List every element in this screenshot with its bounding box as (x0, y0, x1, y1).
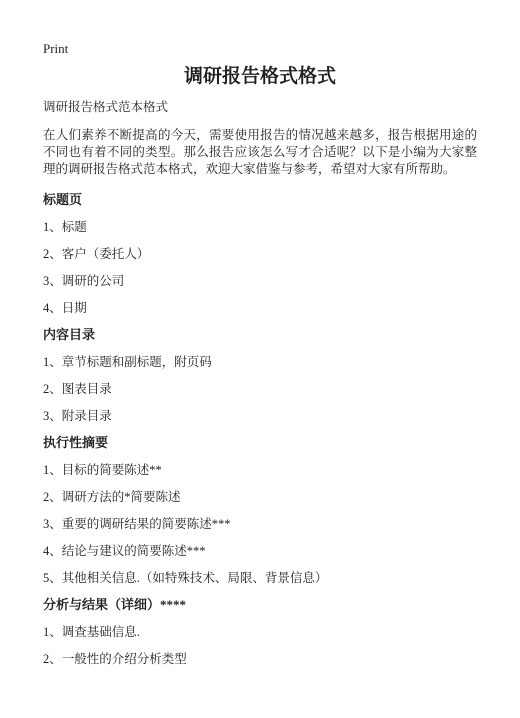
list-item: 3、调研的公司 (43, 274, 477, 288)
list-item: 2、图表目录 (43, 382, 477, 396)
list-item: 1、标题 (43, 220, 477, 234)
list-item: 2、调研方法的*简要陈述 (43, 490, 477, 504)
section-heading-executive-summary: 执行性摘要 (43, 436, 477, 450)
list-item: 1、调查基础信息. (43, 625, 477, 639)
print-button[interactable]: Print (43, 42, 68, 56)
section-table-of-contents: 内容目录 1、章节标题和副标题，附页码 2、图表目录 3、附录目录 (43, 328, 477, 423)
list-item: 5、其他相关信息.（如特殊技术、局限、背景信息） (43, 571, 477, 585)
list-item: 1、目标的简要陈述** (43, 463, 477, 477)
section-heading-analysis-results: 分析与结果（详细）**** (43, 598, 477, 612)
list-item: 2、客户（委托人） (43, 247, 477, 261)
list-item: 4、日期 (43, 301, 477, 315)
list-item: 3、重要的调研结果的简要陈述*** (43, 517, 477, 531)
list-item: 3、附录目录 (43, 409, 477, 423)
section-heading-title-page: 标题页 (43, 193, 477, 207)
intro-paragraph: 在人们素养不断提高的今天，需要使用报告的情况越来越多，报告根据用途的不同也有着不… (43, 127, 477, 178)
document-page: Print 调研报告格式格式 调研报告格式范本格式 在人们素养不断提高的今天，需… (0, 0, 520, 718)
list-item: 2、一般性的介绍分析类型 (43, 652, 477, 666)
page-title: 调研报告格式格式 (43, 66, 477, 88)
section-executive-summary: 执行性摘要 1、目标的简要陈述** 2、调研方法的*简要陈述 3、重要的调研结果… (43, 436, 477, 585)
section-heading-table-of-contents: 内容目录 (43, 328, 477, 342)
list-item: 4、结论与建议的简要陈述*** (43, 544, 477, 558)
list-item: 1、章节标题和副标题，附页码 (43, 355, 477, 369)
document-subtitle: 调研报告格式范本格式 (43, 100, 477, 114)
section-analysis-results: 分析与结果（详细）**** 1、调查基础信息. 2、一般性的介绍分析类型 (43, 598, 477, 666)
section-title-page: 标题页 1、标题 2、客户（委托人） 3、调研的公司 4、日期 (43, 193, 477, 315)
